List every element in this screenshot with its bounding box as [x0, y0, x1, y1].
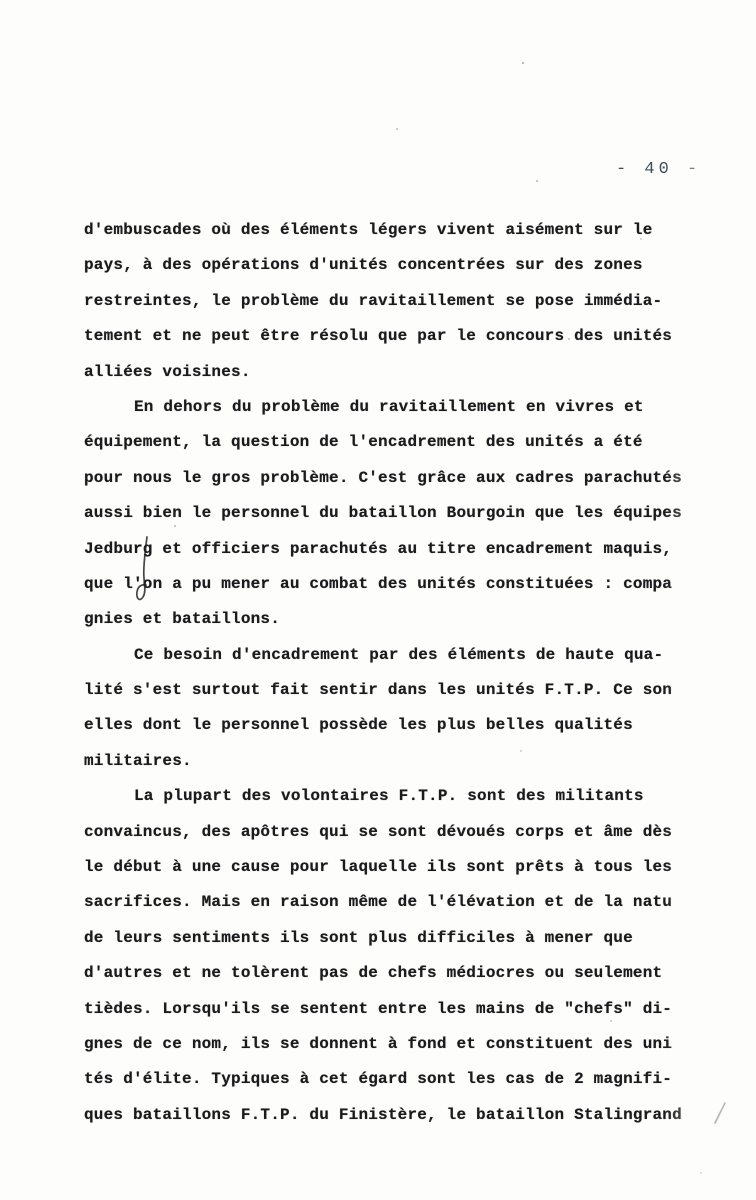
text-line: gnes de ce nom, ils se donnent à fond et…: [84, 1027, 756, 1062]
text-line: d'embuscades où des éléments légers vive…: [84, 213, 756, 248]
text-line: Jedburg et officiers parachutés au titre…: [84, 532, 756, 567]
text-line: Ce besoin d'encadrement par des éléments…: [84, 638, 756, 673]
text-line: alliées voisines.: [84, 355, 756, 390]
text-line: d'autres et ne tolèrent pas de chefs méd…: [84, 956, 756, 991]
text-line: tement et ne peut être résolu que par le…: [84, 319, 756, 354]
text-line: militaires.: [84, 744, 756, 779]
text-line: convaincus, des apôtres qui se sont dévo…: [84, 815, 756, 850]
page-number: - 40 -: [616, 160, 701, 179]
text-line: tièdes. Lorsqu'ils se sentent entre les …: [84, 992, 756, 1027]
text-line: équipement, la question de l'encadrement…: [84, 425, 756, 460]
text-line: La plupart des volontaires F.T.P. sont d…: [84, 779, 756, 814]
text-line: pour nous le gros problème. C'est grâce …: [84, 461, 756, 496]
text-line: ques bataillons F.T.P. du Finistère, le …: [84, 1098, 756, 1133]
text-line: que l'on a pu mener au combat des unités…: [84, 567, 756, 602]
text-line: de leurs sentiments ils sont plus diffic…: [84, 921, 756, 956]
text-line: pays, à des opérations d'unités concentr…: [84, 248, 756, 283]
text-line: sacrifices. Mais en raison même de l'élé…: [84, 885, 756, 920]
scan-speckles: [522, 62, 524, 64]
text-line: En dehors du problème du ravitaillement …: [84, 390, 756, 425]
text-line: gnies et bataillons.: [84, 602, 756, 637]
text-line: elles dont le personnel possède les plus…: [84, 708, 756, 743]
typewritten-text-block: d'embuscades où des éléments légers vive…: [84, 213, 756, 1133]
text-line: tés d'élite. Typiques à cet égard sont l…: [84, 1062, 756, 1097]
text-line: le début à une cause pour laquelle ils s…: [84, 850, 756, 885]
text-line: restreintes, le problème du ravitailleme…: [84, 284, 756, 319]
text-line: lité s'est surtout fait sentir dans les …: [84, 673, 756, 708]
text-line: aussi bien le personnel du bataillon Bou…: [84, 496, 756, 531]
scanned-document-page: - 40 - d'embuscades où des éléments lége…: [0, 0, 756, 1200]
